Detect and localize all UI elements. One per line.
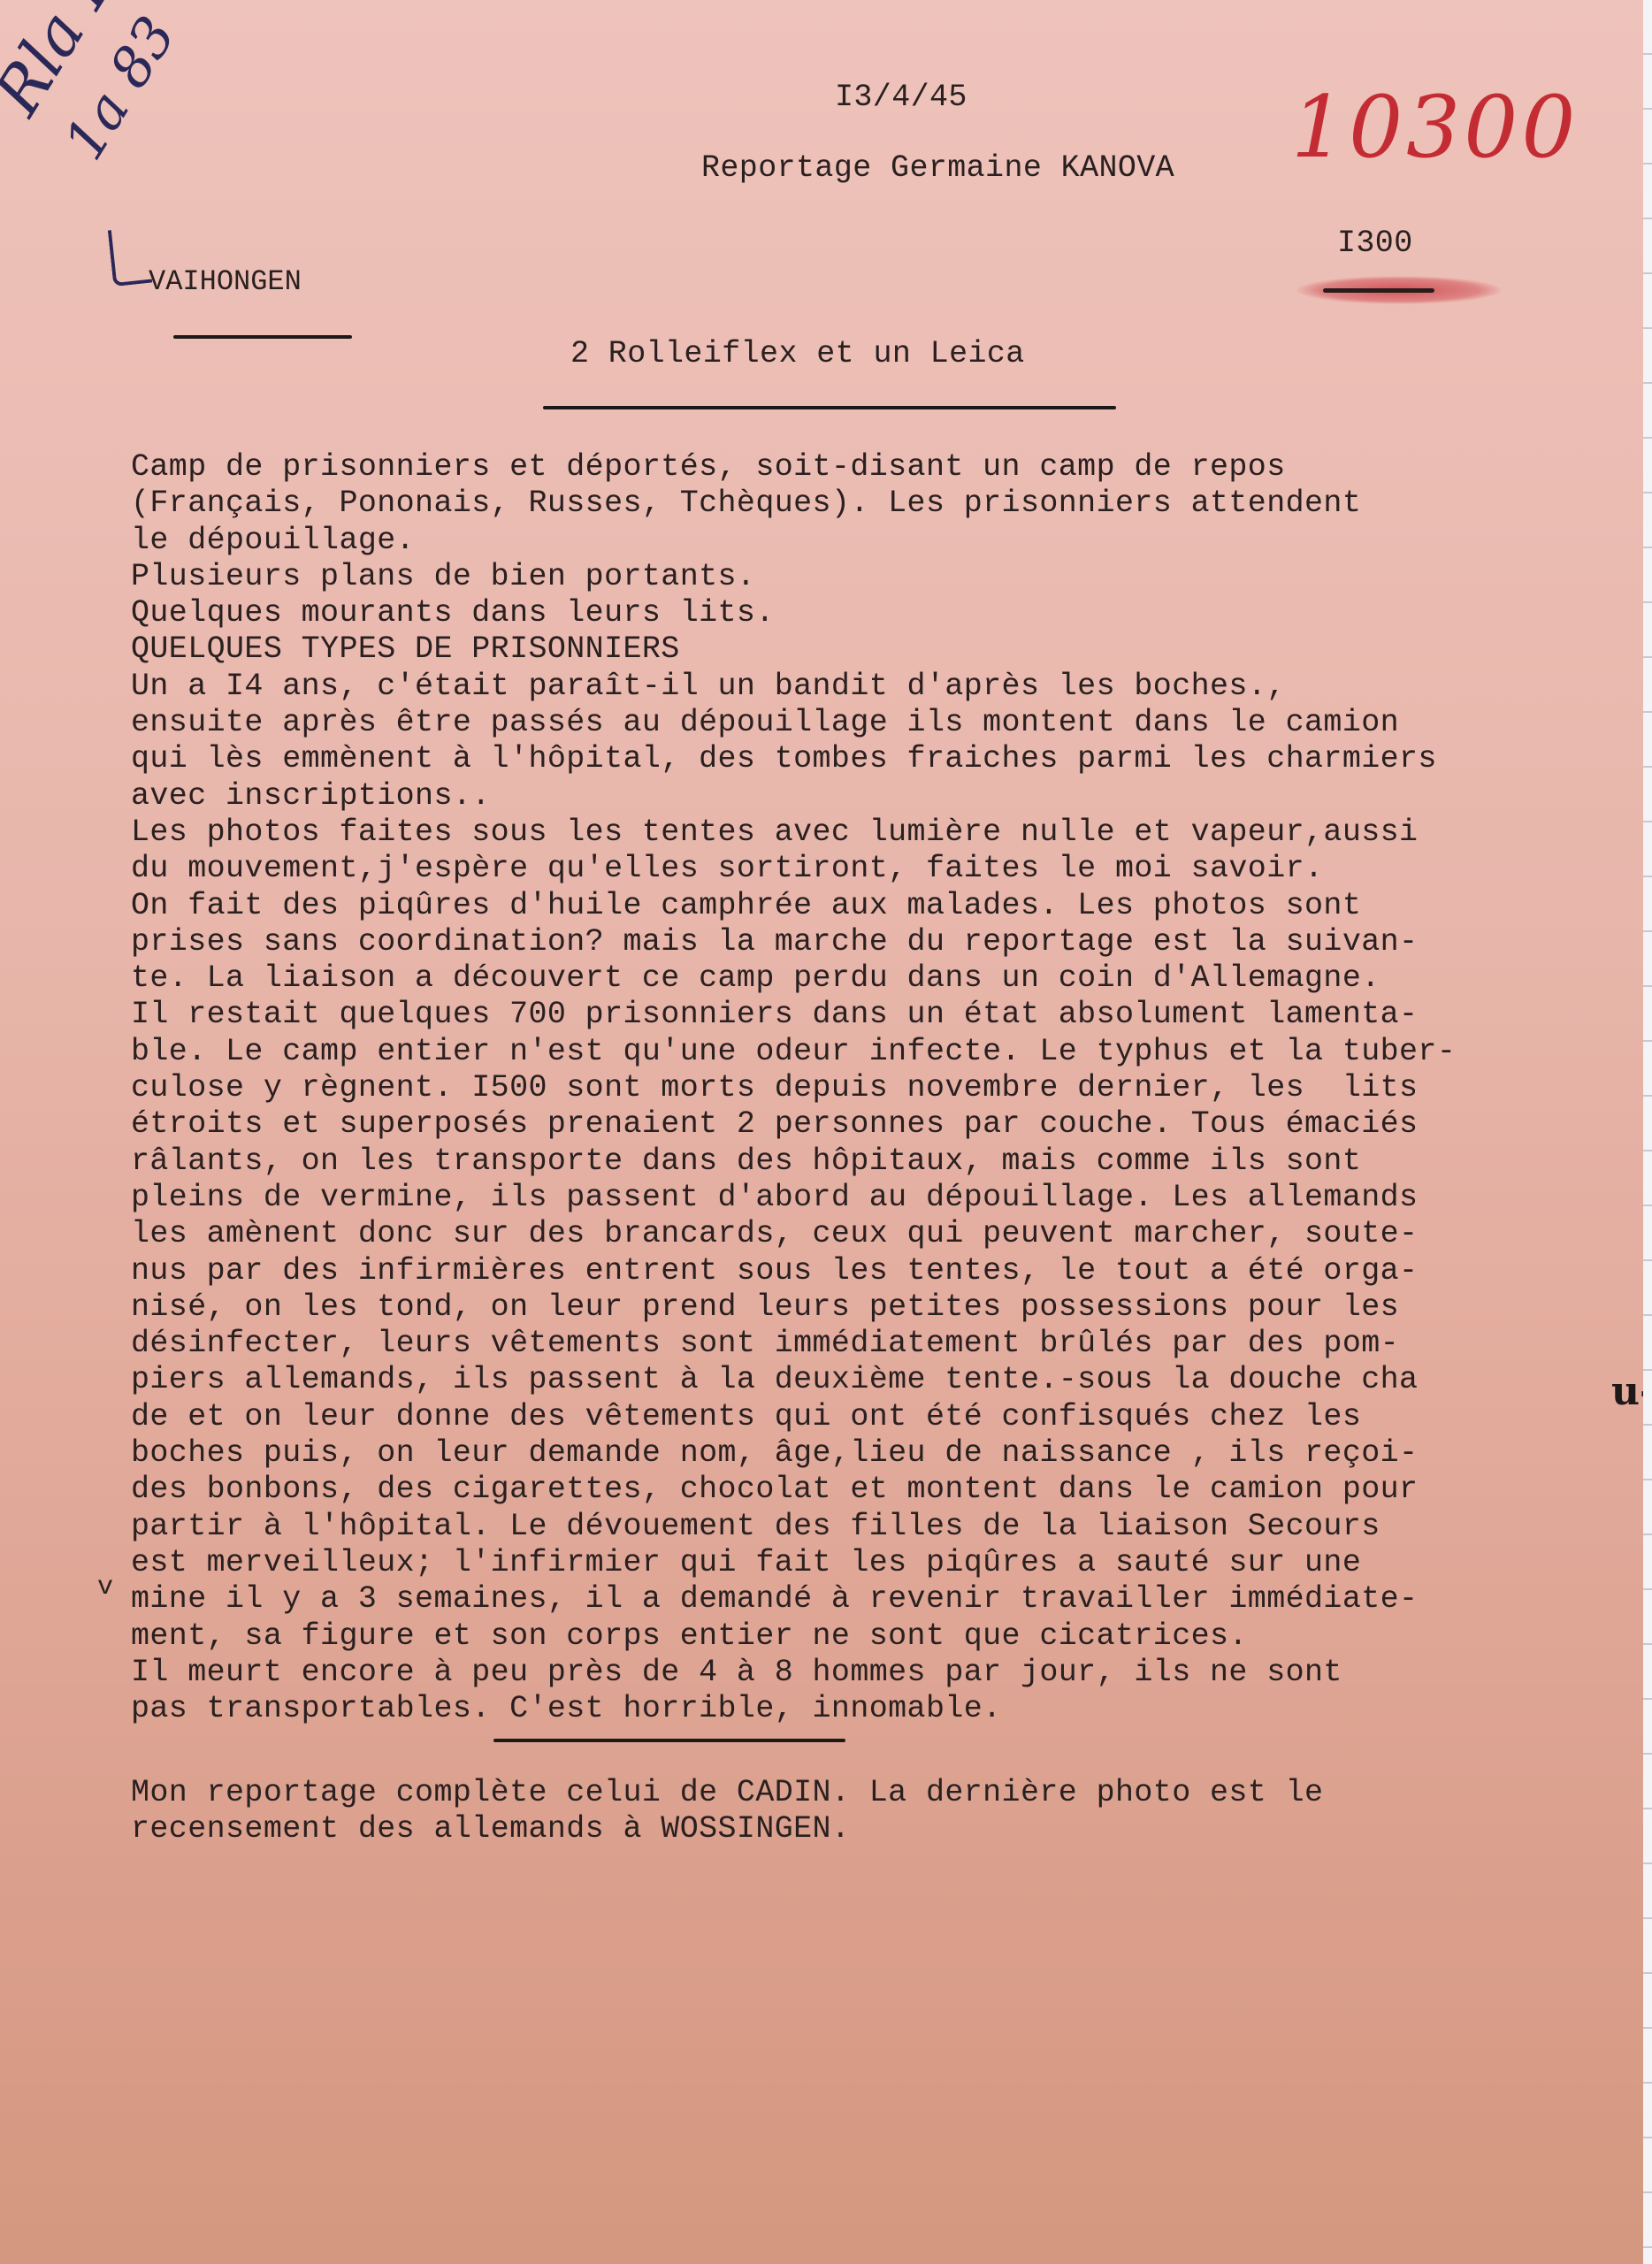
title-underline	[543, 406, 1116, 409]
body-text: Camp de prisonniers et déportés, soit-di…	[131, 449, 1456, 1727]
footer-line: Mon reportage complète celui de CADIN. L…	[131, 1775, 1323, 1811]
typed-underline-reference	[1323, 288, 1434, 293]
body-line: râlants, on les transporte dans des hôpi…	[131, 1143, 1456, 1180]
body-line: Camp de prisonniers et déportés, soit-di…	[131, 449, 1456, 486]
body-line: de et on leur donne des vêtements qui on…	[131, 1399, 1456, 1435]
body-line: est merveilleux; l'infirmier qui fait le…	[131, 1545, 1456, 1581]
handwritten-bracket-mark	[108, 226, 152, 287]
body-line: étroits et superposés prenaient 2 person…	[131, 1106, 1456, 1143]
body-line: pas transportables. C'est horrible, inno…	[131, 1691, 1456, 1727]
footer-text: Mon reportage complète celui de CADIN. L…	[131, 1775, 1323, 1847]
body-line: piers allemands, ils passent à la deuxiè…	[131, 1362, 1456, 1398]
body-line: Il meurt encore à peu près de 4 à 8 homm…	[131, 1655, 1456, 1691]
body-line: (Français, Pononais, Russes, Tchèques). …	[131, 486, 1456, 522]
document-byline: Reportage Germaine KANOVA	[701, 150, 1174, 186]
place-name: VAIHONGEN	[149, 265, 302, 298]
body-line: On fait des piqûres d'huile camphrée aux…	[131, 888, 1456, 924]
footer-line: recensement des allemands à WOSSINGEN.	[131, 1811, 1323, 1847]
body-line: qui lès emmènent à l'hôpital, des tombes…	[131, 741, 1456, 777]
margin-correction-left: v	[97, 1572, 113, 1602]
body-line: QUELQUES TYPES DE PRISONNIERS	[131, 631, 1456, 668]
body-line: Plusieurs plans de bien portants.	[131, 559, 1456, 595]
body-line: du mouvement,j'espère qu'elles sortiront…	[131, 851, 1456, 887]
reference-number: I300	[1337, 226, 1413, 261]
body-line: ble. Le camp entier n'est qu'une odeur i…	[131, 1034, 1456, 1070]
body-line: désinfecter, leurs vêtements sont immédi…	[131, 1326, 1456, 1362]
graph-paper-edge	[1643, 0, 1652, 2264]
body-line: Quelques mourants dans leurs lits.	[131, 595, 1456, 631]
body-line: pleins de vermine, ils passent d'abord a…	[131, 1180, 1456, 1216]
body-line: nisé, on les tond, on leur prend leurs p…	[131, 1289, 1456, 1326]
document-date: I3/4/45	[835, 80, 967, 115]
body-line: les amènent donc sur des brancards, ceux…	[131, 1216, 1456, 1252]
body-line: culose y règnent. I500 sont morts depuis…	[131, 1070, 1456, 1106]
body-line: nus par des infirmières entrent sous les…	[131, 1253, 1456, 1289]
body-line: le dépouillage.	[131, 523, 1456, 559]
body-line: partir à l'hôpital. Le dévouement des fi…	[131, 1509, 1456, 1545]
body-line: ensuite après être passés au dépouillage…	[131, 705, 1456, 741]
body-line: boches puis, on leur demande nom, âge,li…	[131, 1435, 1456, 1472]
body-line: te. La liaison a découvert ce camp perdu…	[131, 960, 1456, 997]
paper-sheet: Rla R31 1a 83 I3/4/45 Reportage Germaine…	[0, 0, 1643, 2264]
body-line: avec inscriptions..	[131, 778, 1456, 815]
body-line: Les photos faites sous les tentes avec l…	[131, 815, 1456, 851]
body-line: Il restait quelques 700 prisonniers dans…	[131, 997, 1456, 1033]
handwritten-red-number: 10300	[1291, 78, 1579, 177]
footer-separator	[493, 1739, 845, 1742]
body-line: ment, sa figure et son corps entier ne s…	[131, 1618, 1456, 1655]
document-title: 2 Rolleiflex et un Leica	[570, 336, 1025, 371]
place-underline	[173, 335, 352, 339]
body-line: Un a I4 ans, c'était paraît-il un bandit…	[131, 669, 1456, 705]
body-line: des bonbons, des cigarettes, chocolat et…	[131, 1472, 1456, 1508]
body-line: mine il y a 3 semaines, il a demandé à r…	[131, 1581, 1456, 1618]
body-line: prises sans coordination? mais la marche…	[131, 924, 1456, 960]
